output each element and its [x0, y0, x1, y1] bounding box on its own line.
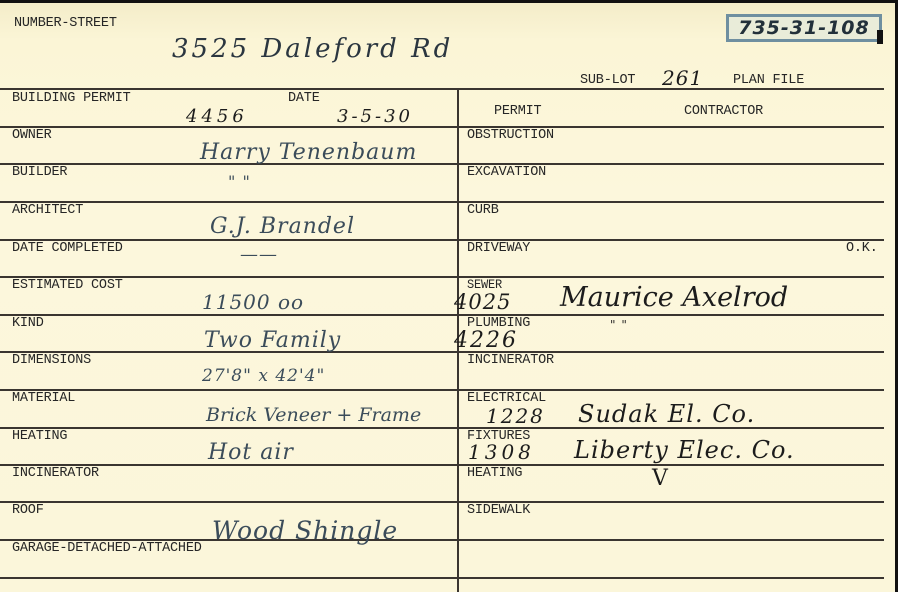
- number-street-value: 3525 Daleford Rd: [172, 34, 453, 64]
- incinerator-label: INCINERATOR: [12, 466, 99, 482]
- owner-value: Harry Tenenbaum: [200, 140, 417, 165]
- builder-value: " ": [228, 172, 251, 191]
- card-number-stamp: 735-31-108: [726, 14, 882, 42]
- plumbing-permit: 4226: [454, 328, 518, 353]
- material-value: Brick Veneer + Frame: [206, 404, 421, 426]
- date-completed-value: ——: [240, 244, 278, 265]
- roof-label: ROOF: [12, 503, 44, 519]
- contractor-header: CONTRACTOR: [684, 104, 763, 120]
- date-label: DATE: [288, 91, 320, 107]
- sub-lot-label: SUB-LOT: [580, 73, 635, 89]
- driveway-label: DRIVEWAY: [467, 241, 530, 257]
- plan-file-label: PLAN FILE: [733, 73, 804, 89]
- rule-line: [0, 163, 884, 165]
- rule-line: [0, 314, 884, 316]
- kind-value: Two Family: [204, 328, 341, 353]
- dimensions-value: 27'8" x 42'4": [202, 366, 325, 386]
- stamp-mark: [877, 30, 883, 44]
- electrical-permit: 1228: [486, 404, 545, 428]
- plumbing-contractor: " ": [610, 318, 628, 332]
- date-completed-label: DATE COMPLETED: [12, 241, 123, 257]
- estimated-cost-value: 11500 oo: [202, 290, 304, 314]
- permit-header: PERMIT: [494, 104, 541, 120]
- rule-line: [0, 577, 884, 579]
- rule-line: [0, 239, 884, 241]
- heating-permit-label: HEATING: [467, 466, 522, 482]
- rule-line: [0, 464, 884, 466]
- heating-value: Hot air: [208, 440, 294, 465]
- rule-line: [0, 351, 884, 353]
- sewer-contractor: Maurice Axelrod: [560, 282, 788, 313]
- estimated-cost-label: ESTIMATED COST: [12, 278, 123, 294]
- heating-check-mark: V: [652, 466, 669, 491]
- rule-line: [0, 389, 884, 391]
- material-label: MATERIAL: [12, 391, 75, 407]
- owner-label: OWNER: [12, 128, 52, 144]
- obstruction-label: OBSTRUCTION: [467, 128, 554, 144]
- date-value: 3-5-30: [337, 106, 413, 127]
- excavation-label: EXCAVATION: [467, 165, 546, 181]
- architect-label: ARCHITECT: [12, 203, 83, 219]
- building-permit-value: 4456: [186, 106, 248, 127]
- electrical-contractor: Sudak El. Co.: [578, 400, 755, 428]
- rule-line: [0, 501, 884, 503]
- garage-label: GARAGE-DETACHED-ATTACHED: [12, 541, 202, 557]
- kind-label: KIND: [12, 316, 44, 332]
- builder-label: BUILDER: [12, 165, 67, 181]
- building-permit-card: 735-31-108 NUMBER-STREET 3525 Daleford R…: [0, 0, 898, 592]
- rule-line: [0, 126, 884, 128]
- building-permit-label: BUILDING PERMIT: [12, 91, 131, 107]
- rule-line: [0, 201, 884, 203]
- roof-value: Wood Shingle: [212, 516, 398, 545]
- heating-label: HEATING: [12, 429, 67, 445]
- fixtures-contractor: Liberty Elec. Co.: [574, 436, 795, 464]
- sidewalk-label: SIDEWALK: [467, 503, 530, 519]
- rule-line: [0, 88, 884, 90]
- fixtures-permit: 1308: [468, 440, 535, 464]
- curb-label: CURB: [467, 203, 499, 219]
- sub-lot-value: 261: [662, 66, 703, 90]
- number-street-label: NUMBER-STREET: [14, 16, 117, 32]
- sewer-permit: 4025: [454, 290, 511, 314]
- dimensions-label: DIMENSIONS: [12, 353, 91, 369]
- architect-value: G.J. Brandel: [210, 214, 355, 239]
- rule-line: [0, 276, 884, 278]
- driveway-note: O.K.: [846, 241, 878, 257]
- incinerator-permit-label: INCINERATOR: [467, 353, 554, 369]
